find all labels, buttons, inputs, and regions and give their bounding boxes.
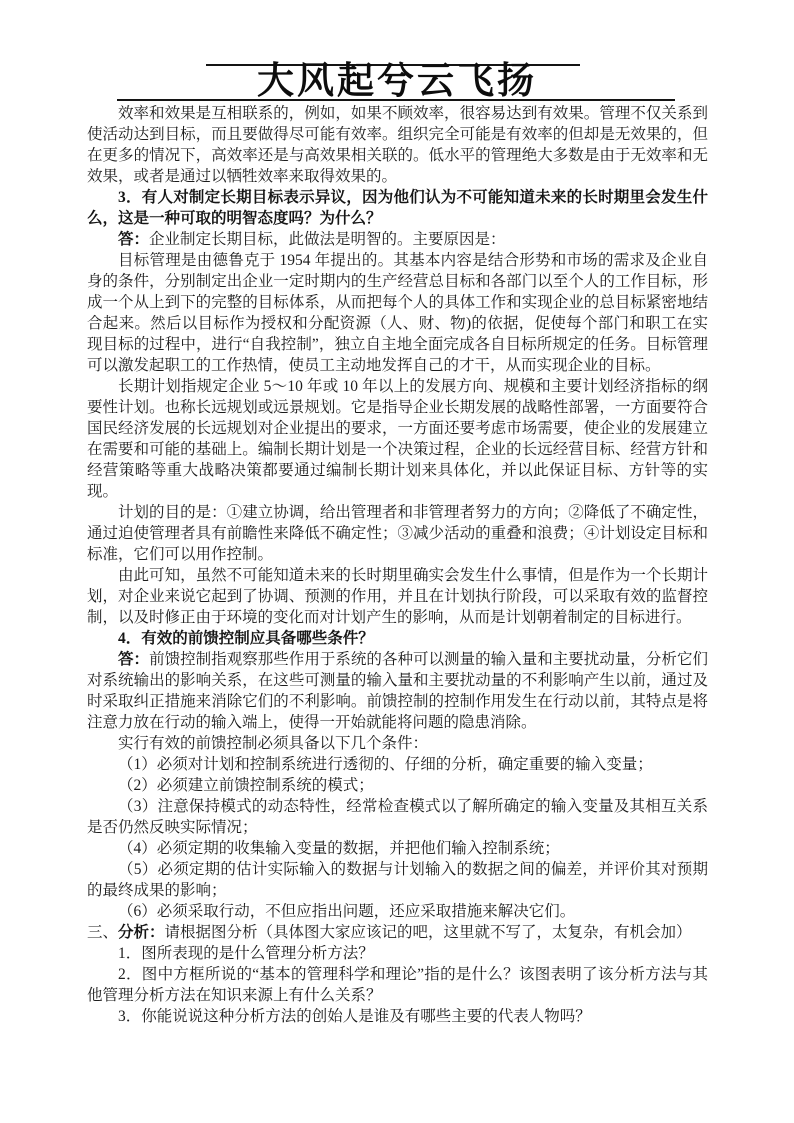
text-run: （4）必须定期的收集输入变量的数据，并把他们输入控制系统； [118,840,560,857]
text-run: （5）必须定期的估计实际输入的数据与计划输入的数据之间的偏差，并评价其对预期的最… [87,861,708,899]
para-conditions-intro: 实行有效的前馈控制必须具备以下几个条件： [87,733,708,754]
condition-3: （3）注意保持模式的动态特性，经常检查模式以了解所确定的输入变量及其相互关系是否… [87,796,708,838]
bold-text-run: 分析： [118,924,165,941]
condition-1: （1）必须对计划和控制系统进行透彻的、仔细的分析，确定重要的输入变量； [87,754,708,775]
document-page: 大风起兮云飞扬 效率和效果是互相联系的，例如，如果不顾效率，很容易达到有效果。管… [0,0,794,1123]
answer-4: 答：前馈控制指观察那些作用于系统的各种可以测量的输入量和主要扰动量，分析它们对系… [87,649,708,733]
para-efficiency-effect: 效率和效果是互相联系的，例如，如果不顾效率，很容易达到有效果。管理不仅关系到使活… [87,103,708,187]
condition-2: （2）必须建立前馈控制系统的模式； [87,775,708,796]
section-3-analysis: 三、分析：请根据图分析（具体图大家应该记的吧，这里就不写了，太复杂，有机会加） [87,922,708,943]
text-run: （6）必须采取行动，不但应指出问题，还应采取措施来解决它们。 [118,903,575,920]
document-body: 效率和效果是互相联系的，例如，如果不顾效率，很容易达到有效果。管理不仅关系到使活… [87,103,708,1027]
answer-3-intro: 答：企业制定长期目标，此做法是明智的。主要原因是： [87,229,708,250]
bold-text-run: 答： [118,651,149,668]
para-conclusion: 由此可知，虽然不可能知道未来的长时期里确实会发生什么事情，但是作为一个长期计划，… [87,565,708,628]
text-run: 2．图中方框所说的“基本的管理科学和理论”指的是什么？该图表明了该分析方法与其他… [87,966,708,1004]
text-run: 实行有效的前馈控制必须具备以下几个条件： [118,735,428,752]
condition-4: （4）必须定期的收集输入变量的数据，并把他们输入控制系统； [87,838,708,859]
title-underline-rule [117,99,675,101]
text-run: 效率和效果是互相联系的，例如，如果不顾效率，很容易达到有效果。管理不仅关系到使活… [87,105,708,185]
text-run: 三、 [87,924,118,941]
sub-question-3: 3．你能说说这种分析方法的创始人是谁及有哪些主要的代表人物吗？ [87,1006,708,1027]
text-run: （2）必须建立前馈控制系统的模式； [118,777,374,794]
bold-text-run: 答： [118,231,149,248]
text-run: 1．图所表现的是什么管理分析方法？ [118,945,374,962]
text-run: 由此可知，虽然不可能知道未来的长时期里确实会发生什么事情，但是作为一个长期计划，… [87,567,708,626]
para-mbo: 目标管理是由德鲁克于 1954 年提出的。其基本内容是结合形势和市场的需求及企业… [87,250,708,376]
text-run: 3．你能说说这种分析方法的创始人是谁及有哪些主要的代表人物吗？ [118,1008,591,1025]
para-plan-purpose: 计划的目的是：①建立协调，给出管理者和非管理者努力的方向；②降低了不确定性，通过… [87,502,708,565]
document-title: 大风起兮云飞扬 [0,61,794,103]
text-run: 企业制定长期目标，此做法是明智的。主要原因是： [149,231,506,248]
condition-6: （6）必须采取行动，不但应指出问题，还应采取措施来解决它们。 [87,901,708,922]
para-long-term-plan: 长期计划指规定企业 5～10 年或 10 年以上的发展方向、规模和主要计划经济指… [87,376,708,502]
question-3: 3．有人对制定长期目标表示异议，因为他们认为不可能知道未来的长时期里会发生什么，… [87,187,708,229]
text-run: 目标管理是由德鲁克于 1954 年提出的。其基本内容是结合形势和市场的需求及企业… [87,252,708,374]
text-run: 前馈控制指观察那些作用于系统的各种可以测量的输入量和主要扰动量，分析它们对系统输… [87,651,708,731]
text-run: 请根据图分析（具体图大家应该记的吧，这里就不写了，太复杂，有机会加） [165,924,692,941]
bold-text-run: 4．有效的前馈控制应具备哪些条件？ [118,630,374,647]
text-run: 计划的目的是：①建立协调，给出管理者和非管理者努力的方向；②降低了不确定性，通过… [87,504,708,563]
text-run: （3）注意保持模式的动态特性，经常检查模式以了解所确定的输入变量及其相互关系是否… [87,798,708,836]
text-run: 长期计划指规定企业 5～10 年或 10 年以上的发展方向、规模和主要计划经济指… [87,378,708,500]
bold-text-run: 3．有人对制定长期目标表示异议，因为他们认为不可能知道未来的长时期里会发生什么，… [87,189,708,227]
sub-question-1: 1．图所表现的是什么管理分析方法？ [87,943,708,964]
condition-5: （5）必须定期的估计实际输入的数据与计划输入的数据之间的偏差，并评价其对预期的最… [87,859,708,901]
text-run: （1）必须对计划和控制系统进行透彻的、仔细的分析，确定重要的输入变量； [118,756,653,773]
sub-question-2: 2．图中方框所说的“基本的管理科学和理论”指的是什么？该图表明了该分析方法与其他… [87,964,708,1006]
question-4: 4．有效的前馈控制应具备哪些条件？ [87,628,708,649]
